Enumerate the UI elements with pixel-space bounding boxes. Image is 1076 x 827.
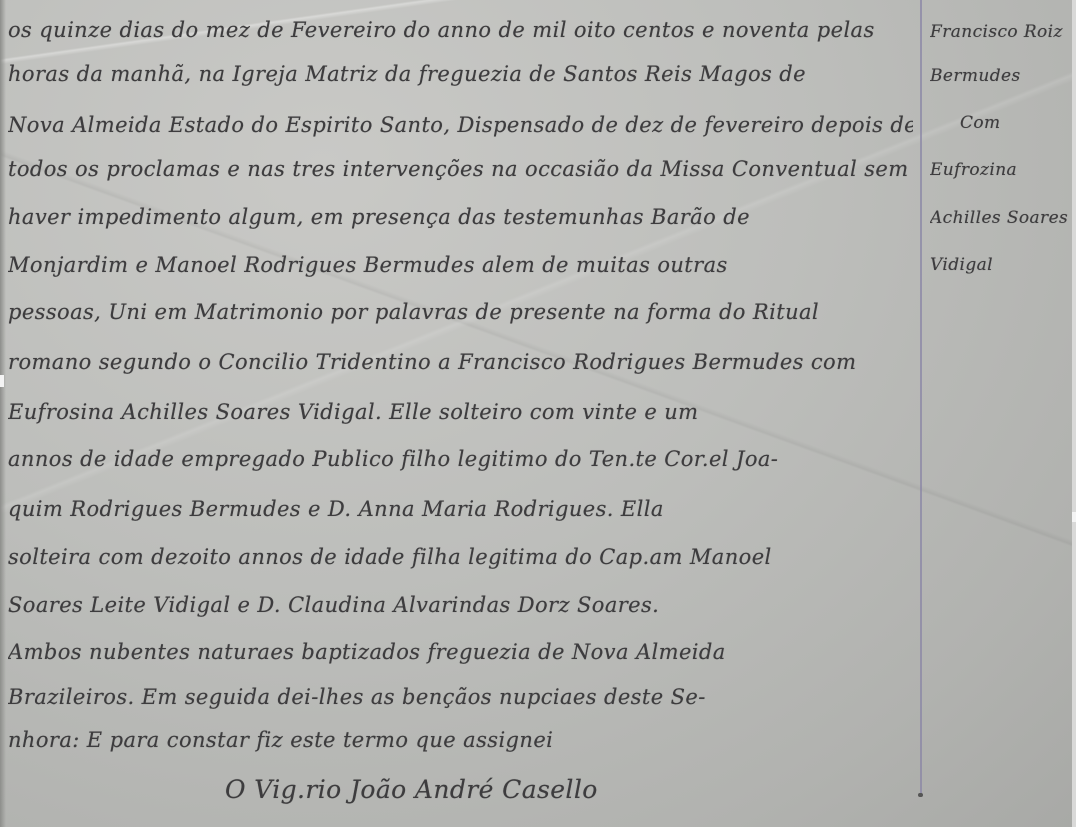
margin-note-line: Eufrozina [930,160,1070,180]
margin-note-line: Bermudes [930,66,1070,86]
margin-note-line: Achilles Soares [930,208,1070,228]
margin-note-line: Com [960,113,1076,133]
margin-note-line: Vidigal [930,255,1070,275]
margin-note-line: Francisco Roiz [930,22,1070,42]
margin-annotation: Francisco Roiz Bermudes Com Eufrozina Ac… [0,0,1076,827]
register-page: os quinze dias do mez de Fevereiro do an… [0,0,1076,827]
